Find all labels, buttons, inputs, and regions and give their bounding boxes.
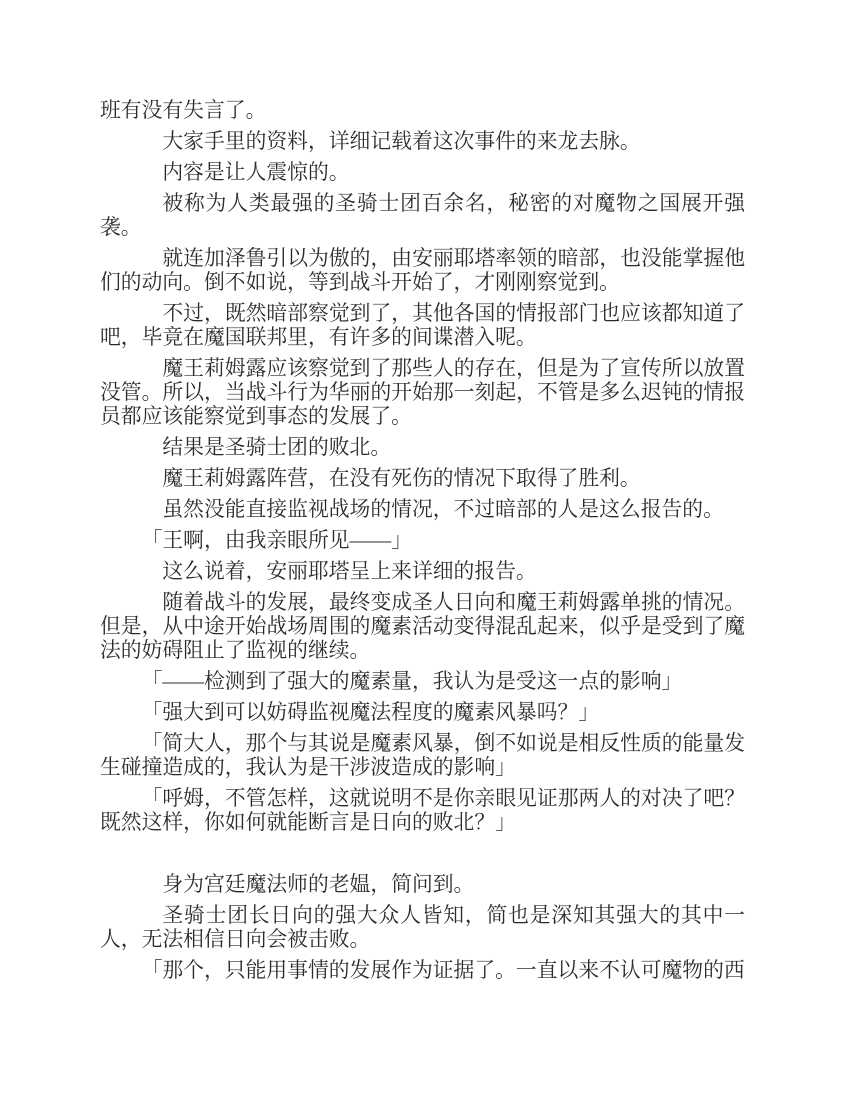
text-paragraph: 魔王莉姆露阵营，在没有死伤的情况下取得了胜利。 <box>100 467 745 491</box>
scene-break <box>100 842 745 873</box>
text-paragraph: 内容是让人震惊的。 <box>100 161 745 185</box>
text-paragraph: 虽然没能直接监视战场的情况，不过暗部的人是这么报告的。 <box>100 498 745 522</box>
novel-page: 班有没有失言了。大家手里的资料，详细记载着这次事件的来龙去脉。内容是让人震惊的。… <box>0 0 850 1100</box>
text-paragraph: 大家手里的资料，详细记载着这次事件的来龙去脉。 <box>100 130 745 154</box>
text-paragraph: 魔王莉姆露应该察觉到了那些人的存在，但是为了宣传所以放置没管。所以，当战斗行为华… <box>100 357 745 429</box>
text-paragraph: 班有没有失言了。 <box>100 99 745 123</box>
dialogue-paragraph: 「王啊，由我亲眼所见——」 <box>100 529 745 553</box>
dialogue-paragraph: 「那个，只能用事情的发展作为证据了。一直以来不认可魔物的西 <box>100 959 745 983</box>
text-paragraph: 身为宫廷魔法师的老媪，简问到。 <box>100 873 745 897</box>
text-paragraph: 结果是圣骑士团的败北。 <box>100 436 745 460</box>
dialogue-paragraph: 「呼姆，不管怎样，这就说明不是你亲眼见证那两人的对决了吧？既然这样，你如何就能断… <box>100 787 745 835</box>
text-paragraph: 圣骑士团长日向的强大众人皆知，简也是深知其强大的其中一人，无法相信日向会被击败。 <box>100 904 745 952</box>
dialogue-paragraph: 「——检测到了强大的魔素量，我认为是受这一点的影响」 <box>100 670 745 694</box>
dialogue-paragraph: 「简大人，那个与其说是魔素风暴，倒不如说是相反性质的能量发生碰撞造成的，我认为是… <box>100 732 745 780</box>
dialogue-paragraph: 「强大到可以妨碍监视魔法程度的魔素风暴吗？」 <box>100 701 745 725</box>
novel-text-block: 班有没有失言了。大家手里的资料，详细记载着这次事件的来龙去脉。内容是让人震惊的。… <box>100 99 745 990</box>
text-paragraph: 不过，既然暗部察觉到了，其他各国的情报部门也应该都知道了吧，毕竟在魔国联邦里，有… <box>100 302 745 350</box>
text-paragraph: 随着战斗的发展，最终变成圣人日向和魔王莉姆露单挑的情况。但是，从中途开始战场周围… <box>100 591 745 663</box>
text-paragraph: 就连加泽鲁引以为傲的，由安丽耶塔率领的暗部，也没能掌握他们的动向。倒不如说，等到… <box>100 247 745 295</box>
text-paragraph: 被称为人类最强的圣骑士团百余名，秘密的对魔物之国展开强袭。 <box>100 192 745 240</box>
text-paragraph: 这么说着，安丽耶塔呈上来详细的报告。 <box>100 560 745 584</box>
